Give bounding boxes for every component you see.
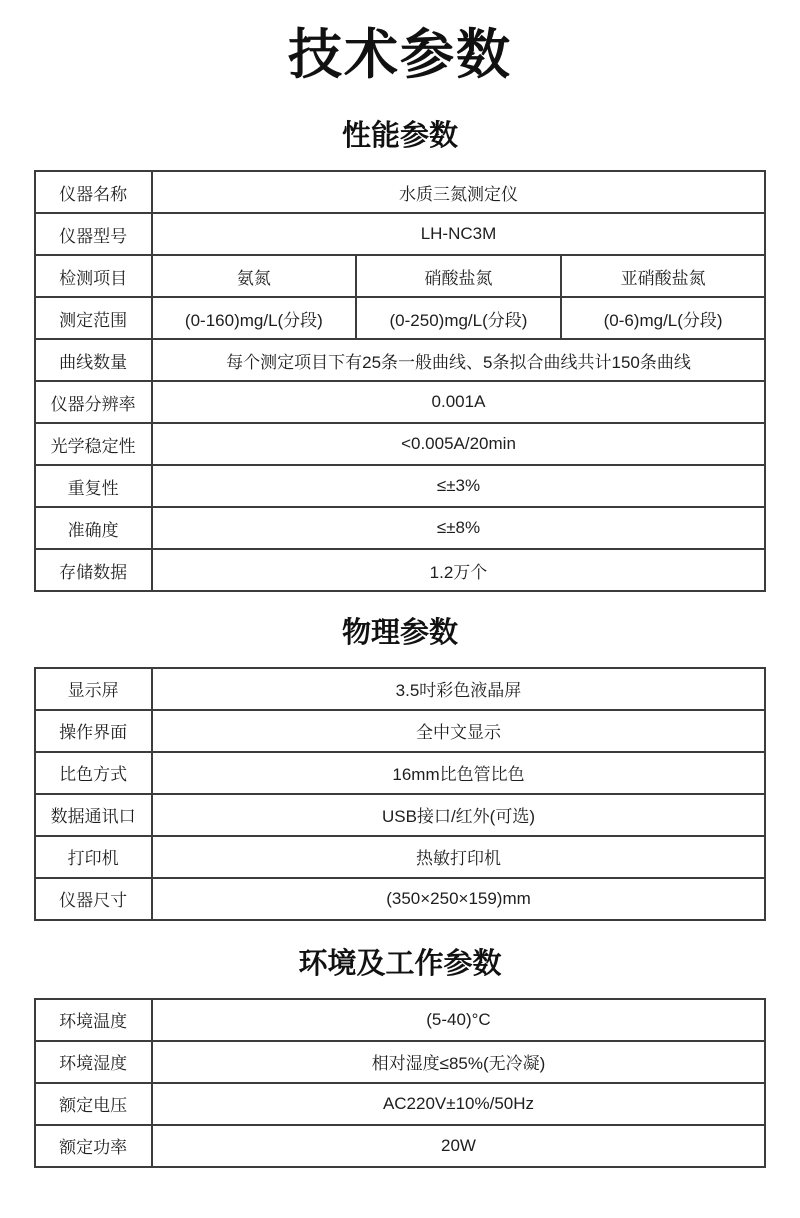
row-value: (0-6)mg/L(分段) <box>561 297 766 339</box>
table-row: 环境温度 (5-40)°C <box>35 999 766 1041</box>
row-label: 额定电压 <box>35 1083 152 1125</box>
section-heading-performance: 性能参数 <box>0 119 800 154</box>
table-row: 光学稳定性 <0.005A/20min <box>35 423 766 465</box>
row-label: 仪器型号 <box>35 213 152 255</box>
row-value: 氨氮 <box>152 255 357 297</box>
row-value: (350×250×159)mm <box>152 878 766 920</box>
row-value: 全中文显示 <box>152 710 766 752</box>
row-label: 仪器尺寸 <box>35 878 152 920</box>
table-row: 检测项目 氨氮 硝酸盐氮 亚硝酸盐氮 <box>35 255 766 297</box>
section-heading-environment: 环境及工作参数 <box>0 947 800 982</box>
row-label: 测定范围 <box>35 297 152 339</box>
row-value: (5-40)°C <box>152 999 766 1041</box>
table-row: 环境湿度 相对湿度≤85%(无冷凝) <box>35 1041 766 1083</box>
spec-sheet-page: 技术参数 性能参数 仪器名称 水质三氮测定仪 仪器型号 LH-NC3M 检测项目… <box>0 0 800 1218</box>
row-value: 3.5吋彩色液晶屏 <box>152 668 766 710</box>
table-row: 比色方式 16mm比色管比色 <box>35 752 766 794</box>
row-label: 环境湿度 <box>35 1041 152 1083</box>
table-row: 重复性 ≤±3% <box>35 465 766 507</box>
physical-table: 显示屏 3.5吋彩色液晶屏 操作界面 全中文显示 比色方式 16mm比色管比色 … <box>34 667 767 921</box>
row-label: 仪器名称 <box>35 171 152 213</box>
row-label: 准确度 <box>35 507 152 549</box>
row-label: 仪器分辨率 <box>35 381 152 423</box>
row-label: 数据通讯口 <box>35 794 152 836</box>
row-value: AC220V±10%/50Hz <box>152 1083 766 1125</box>
row-value: 1.2万个 <box>152 549 766 591</box>
section-heading-physical: 物理参数 <box>0 616 800 651</box>
row-value: (0-250)mg/L(分段) <box>356 297 561 339</box>
row-label: 打印机 <box>35 836 152 878</box>
row-value: 亚硝酸盐氮 <box>561 255 766 297</box>
row-label: 重复性 <box>35 465 152 507</box>
table-row: 准确度 ≤±8% <box>35 507 766 549</box>
table-row: 仪器型号 LH-NC3M <box>35 213 766 255</box>
table-row: 显示屏 3.5吋彩色液晶屏 <box>35 668 766 710</box>
row-label: 显示屏 <box>35 668 152 710</box>
row-label: 环境温度 <box>35 999 152 1041</box>
row-value: (0-160)mg/L(分段) <box>152 297 357 339</box>
row-label: 检测项目 <box>35 255 152 297</box>
table-row: 仪器分辨率 0.001A <box>35 381 766 423</box>
row-value: ≤±8% <box>152 507 766 549</box>
table-row: 数据通讯口 USB接口/红外(可选) <box>35 794 766 836</box>
row-label: 额定功率 <box>35 1125 152 1167</box>
row-value: 20W <box>152 1125 766 1167</box>
row-label: 比色方式 <box>35 752 152 794</box>
row-value: 0.001A <box>152 381 766 423</box>
table-row: 仪器名称 水质三氮测定仪 <box>35 171 766 213</box>
row-label: 曲线数量 <box>35 339 152 381</box>
table-row: 曲线数量 每个测定项目下有25条一般曲线、5条拟合曲线共计150条曲线 <box>35 339 766 381</box>
row-value: 每个测定项目下有25条一般曲线、5条拟合曲线共计150条曲线 <box>152 339 766 381</box>
table-row: 打印机 热敏打印机 <box>35 836 766 878</box>
page-title: 技术参数 <box>0 0 800 85</box>
table-row: 存储数据 1.2万个 <box>35 549 766 591</box>
row-value: <0.005A/20min <box>152 423 766 465</box>
row-label: 操作界面 <box>35 710 152 752</box>
row-value: 水质三氮测定仪 <box>152 171 766 213</box>
row-value: 热敏打印机 <box>152 836 766 878</box>
row-label: 存储数据 <box>35 549 152 591</box>
row-value: 硝酸盐氮 <box>356 255 561 297</box>
row-value: ≤±3% <box>152 465 766 507</box>
table-row: 测定范围 (0-160)mg/L(分段) (0-250)mg/L(分段) (0-… <box>35 297 766 339</box>
table-row: 额定功率 20W <box>35 1125 766 1167</box>
table-row: 操作界面 全中文显示 <box>35 710 766 752</box>
row-label: 光学稳定性 <box>35 423 152 465</box>
row-value: USB接口/红外(可选) <box>152 794 766 836</box>
table-row: 额定电压 AC220V±10%/50Hz <box>35 1083 766 1125</box>
environment-table: 环境温度 (5-40)°C 环境湿度 相对湿度≤85%(无冷凝) 额定电压 AC… <box>34 998 767 1168</box>
performance-table: 仪器名称 水质三氮测定仪 仪器型号 LH-NC3M 检测项目 氨氮 硝酸盐氮 亚… <box>34 170 767 592</box>
table-row: 仪器尺寸 (350×250×159)mm <box>35 878 766 920</box>
row-value: 相对湿度≤85%(无冷凝) <box>152 1041 766 1083</box>
row-value: LH-NC3M <box>152 213 766 255</box>
row-value: 16mm比色管比色 <box>152 752 766 794</box>
